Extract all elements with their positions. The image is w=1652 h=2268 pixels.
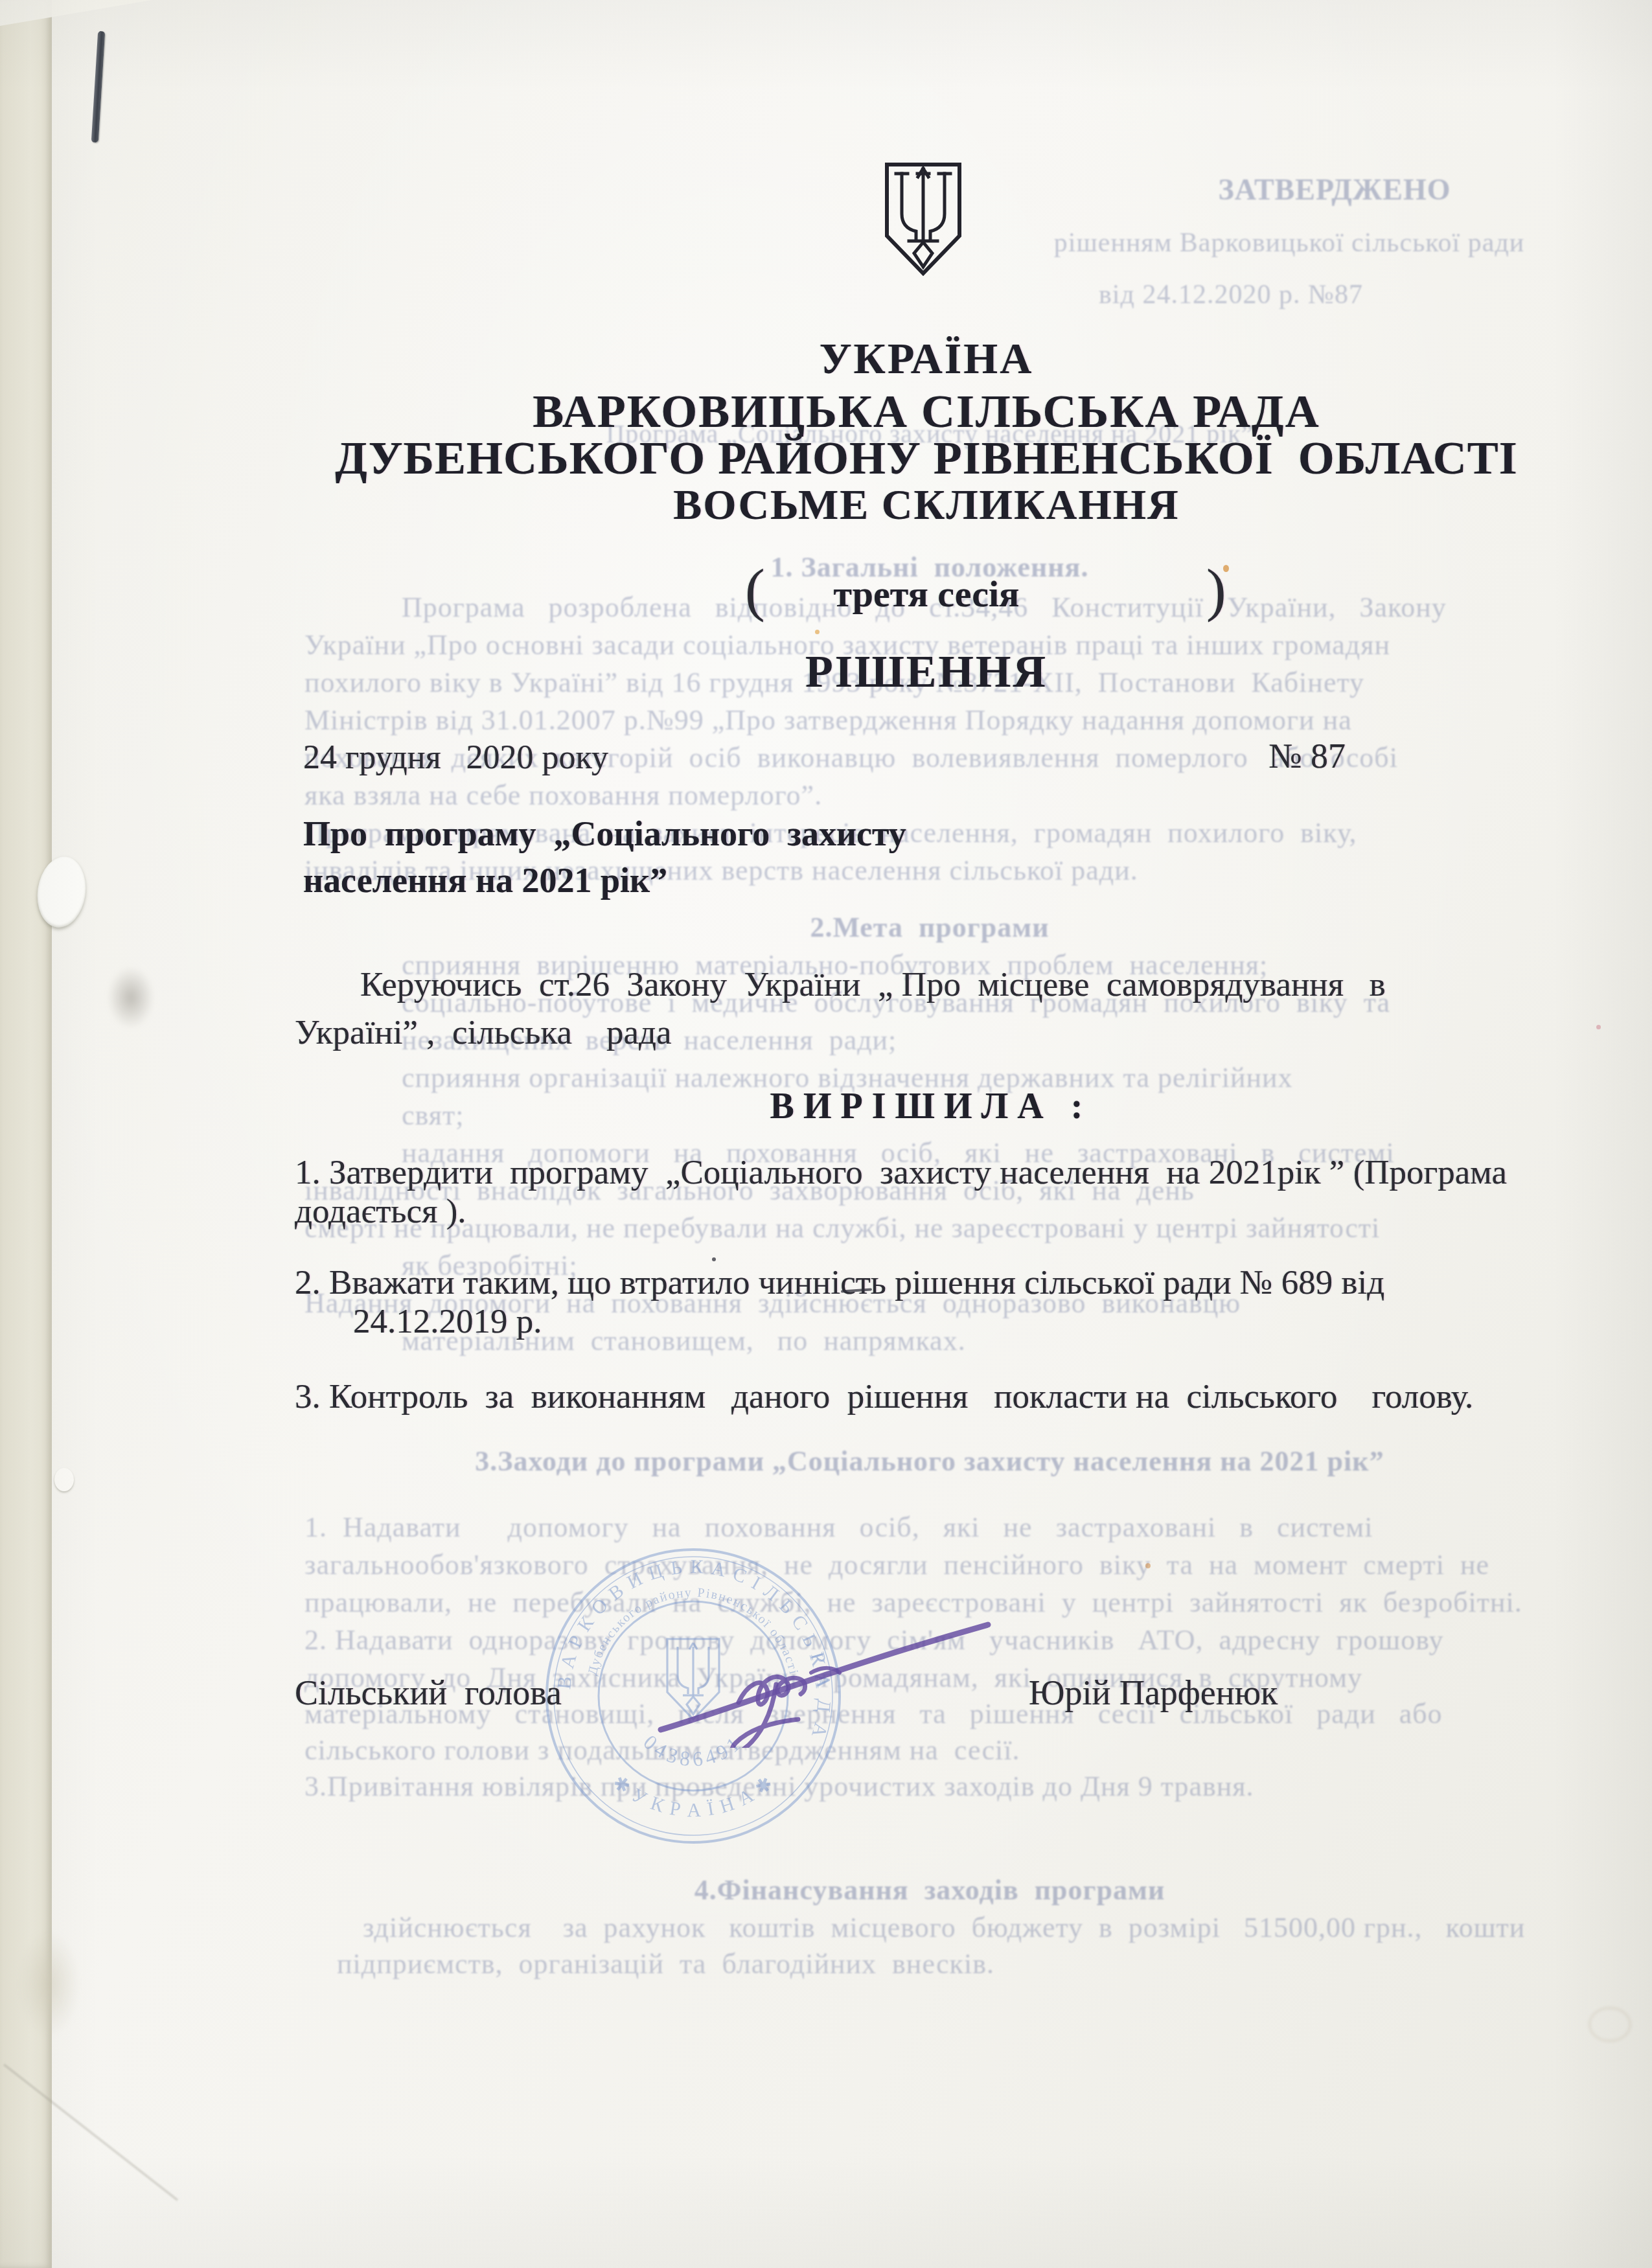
session-label: третя сесія (201, 573, 1652, 616)
signatory-name: Юрій Парфенюк (1029, 1673, 1278, 1713)
preamble-line: Керуючись ст.26 Закону України „ Про міс… (360, 965, 1386, 1005)
doc-number: № 87 (1268, 736, 1346, 776)
bleed-line: загальнообов'язкового страхування, не до… (304, 1550, 1568, 1581)
speck (815, 630, 820, 634)
coat-of-arms-icon (871, 159, 975, 280)
paper-nick (54, 1468, 74, 1491)
handwritten-signature (641, 1599, 1004, 1748)
speck (712, 1257, 716, 1261)
doc-date: 24 грудня 2020 року (303, 739, 608, 777)
item-3-line-1: 3. Контроль за виконанням даного рішення… (295, 1377, 1473, 1417)
doc-type-title: РІШЕННЯ (201, 647, 1652, 699)
header-convocation: ВОСЬМЕ СКЛИКАННЯ (201, 481, 1652, 530)
resolved-heading: В И Р І Ш И Л А : (201, 1086, 1652, 1127)
bleed-line: смерті не працювали, не перебували на сл… (304, 1213, 1568, 1244)
paper-smudge (108, 967, 154, 1029)
bleed-line: підприємств, організацій та благодійних … (337, 1949, 1050, 1980)
bleed-line: 3.Заходи до програми „Соціального захист… (295, 1446, 1565, 1477)
preamble-line: Україні” , сільська рада (295, 1013, 672, 1053)
item-1-line-1: 1. Затвердити програму „Соціального захи… (295, 1153, 1507, 1193)
signatory-role: Сільський голова (295, 1673, 562, 1713)
bleed-line: 2.Мета програми (295, 912, 1565, 943)
scan-corner-wedge (0, 0, 152, 26)
bleed-line: ЗАТВЕРДЖЕНО (1199, 174, 1471, 207)
bleed-line: 4.Фінансування заходів програми (295, 1875, 1565, 1906)
session-paren-close: ) (1206, 556, 1226, 624)
header-country: УКРАЇНА (201, 333, 1652, 384)
item-1-line-2: додається ). (295, 1192, 466, 1231)
bleed-line: рішенням Варковицької сільської ради (1050, 228, 1529, 258)
paper-ring-mark (1589, 2007, 1631, 2042)
staple (91, 31, 105, 143)
svg-text:✱ У К Р А Ї Н А ✱: ✱ У К Р А Ї Н А ✱ (608, 1772, 778, 1821)
speck (1596, 1025, 1601, 1029)
bleed-line: яка взяла на себе поховання померлого”. (304, 780, 888, 811)
subject-line: населення на 2021 рік” (303, 860, 667, 900)
bleed-line: 3.Привітання ювілярів при проведенні уро… (304, 1771, 1445, 1802)
bleed-line: від 24.12.2020 р. №87 (1069, 280, 1393, 310)
scanned-document-page: ЗАТВЕРДЖЕНОрішенням Варковицької сільськ… (0, 0, 1652, 2268)
paper-smudge (18, 1930, 80, 2037)
scan-edge-strip (0, 0, 52, 2268)
seal-country-text: ✱ У К Р А Ї Н А ✱ (608, 1772, 778, 1821)
bleed-line: 1. Надавати допомогу на поховання осіб, … (304, 1512, 1568, 1543)
speck (1145, 1563, 1151, 1568)
item-2-line-2: 24.12.2019 р. (353, 1302, 542, 1342)
item-2-line-1: 2. Вважати таким, що втратило чинність р… (295, 1263, 1384, 1303)
subject-line: Про програму „Соціального захисту (303, 814, 906, 854)
bleed-line: Міністрів від 31.01.2007 р.№99 „Про затв… (304, 705, 1568, 736)
header-council: ВАРКОВИЦЬКА СІЛЬСЬКА РАДА (201, 385, 1652, 439)
header-district: ДУБЕНСЬКОГО РАЙОНУ РІВНЕНСЬКОЇ ОБЛАСТІ (201, 431, 1652, 485)
bleed-line: здійснюється за рахунок коштів місцевого… (363, 1912, 1594, 1943)
